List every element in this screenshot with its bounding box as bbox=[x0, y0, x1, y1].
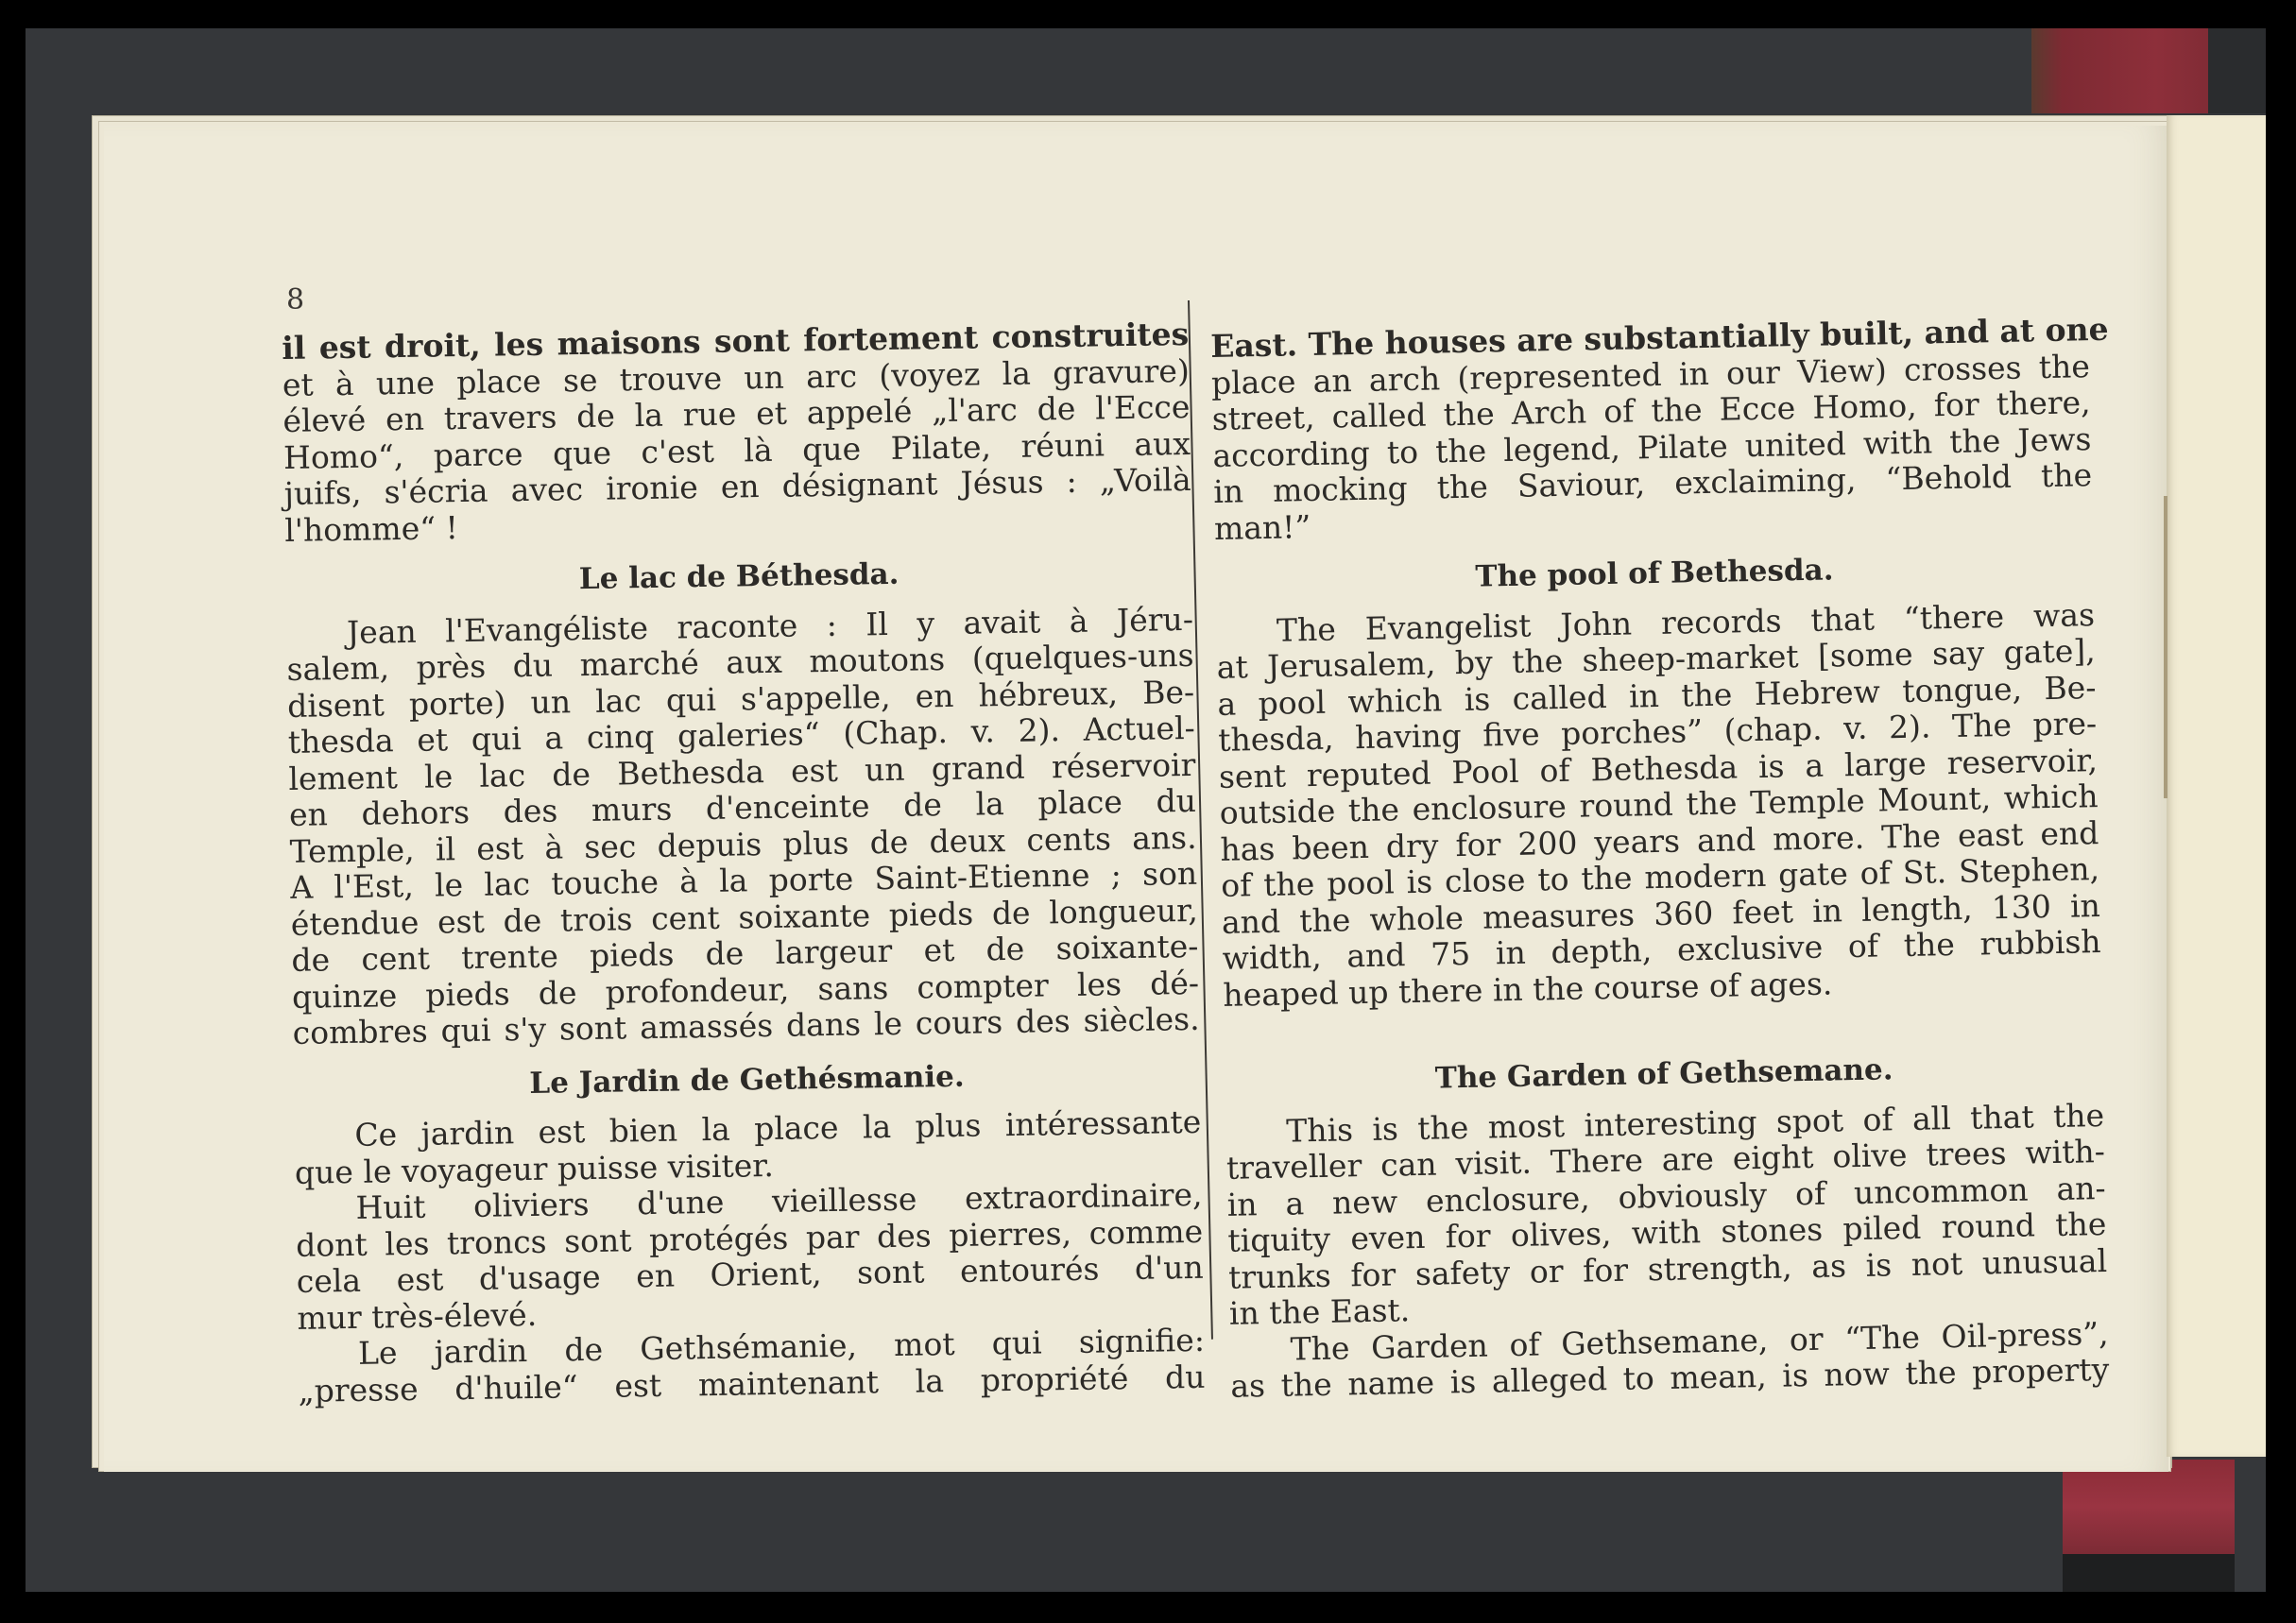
paragraph: Jean l'Evangéliste raconte : Il y avait … bbox=[286, 601, 1200, 1051]
page-number: 8 bbox=[286, 283, 304, 316]
binding-stitch bbox=[2164, 496, 2167, 798]
section-heading: The pool of Bethesda. bbox=[1215, 547, 2095, 600]
intro-paragraph: East. The houses are substantially built… bbox=[1210, 312, 2093, 547]
section-heading: Le Jardin de Gethésmanie. bbox=[293, 1054, 1200, 1105]
binding-edge-bottom bbox=[2063, 1554, 2235, 1592]
left-column-french: il est droit, les maisons sont fortement… bbox=[282, 316, 1206, 1409]
right-column-english: East. The houses are substantially built… bbox=[1209, 266, 2110, 1405]
section-heading: Le lac de Béthesda. bbox=[285, 552, 1192, 603]
paragraph: This is the most interesting spot of all… bbox=[1225, 1097, 2108, 1332]
paragraph: The Evangelist John records that “there … bbox=[1216, 597, 2102, 1014]
binding-cloth-bottom bbox=[2063, 1460, 2235, 1554]
section-heading: The Garden of Gethsemane. bbox=[1225, 1048, 2104, 1101]
intro-paragraph: il est droit, les maisons sont fortement… bbox=[282, 316, 1192, 549]
facing-page-edge bbox=[2167, 115, 2266, 1457]
paragraph: Huit oliviers d'une vieillesse extraordi… bbox=[295, 1177, 1204, 1337]
paragraph: Le jardin de Gethsémanie, mot qui signif… bbox=[298, 1323, 1206, 1409]
binding-edge-top bbox=[2208, 28, 2266, 113]
